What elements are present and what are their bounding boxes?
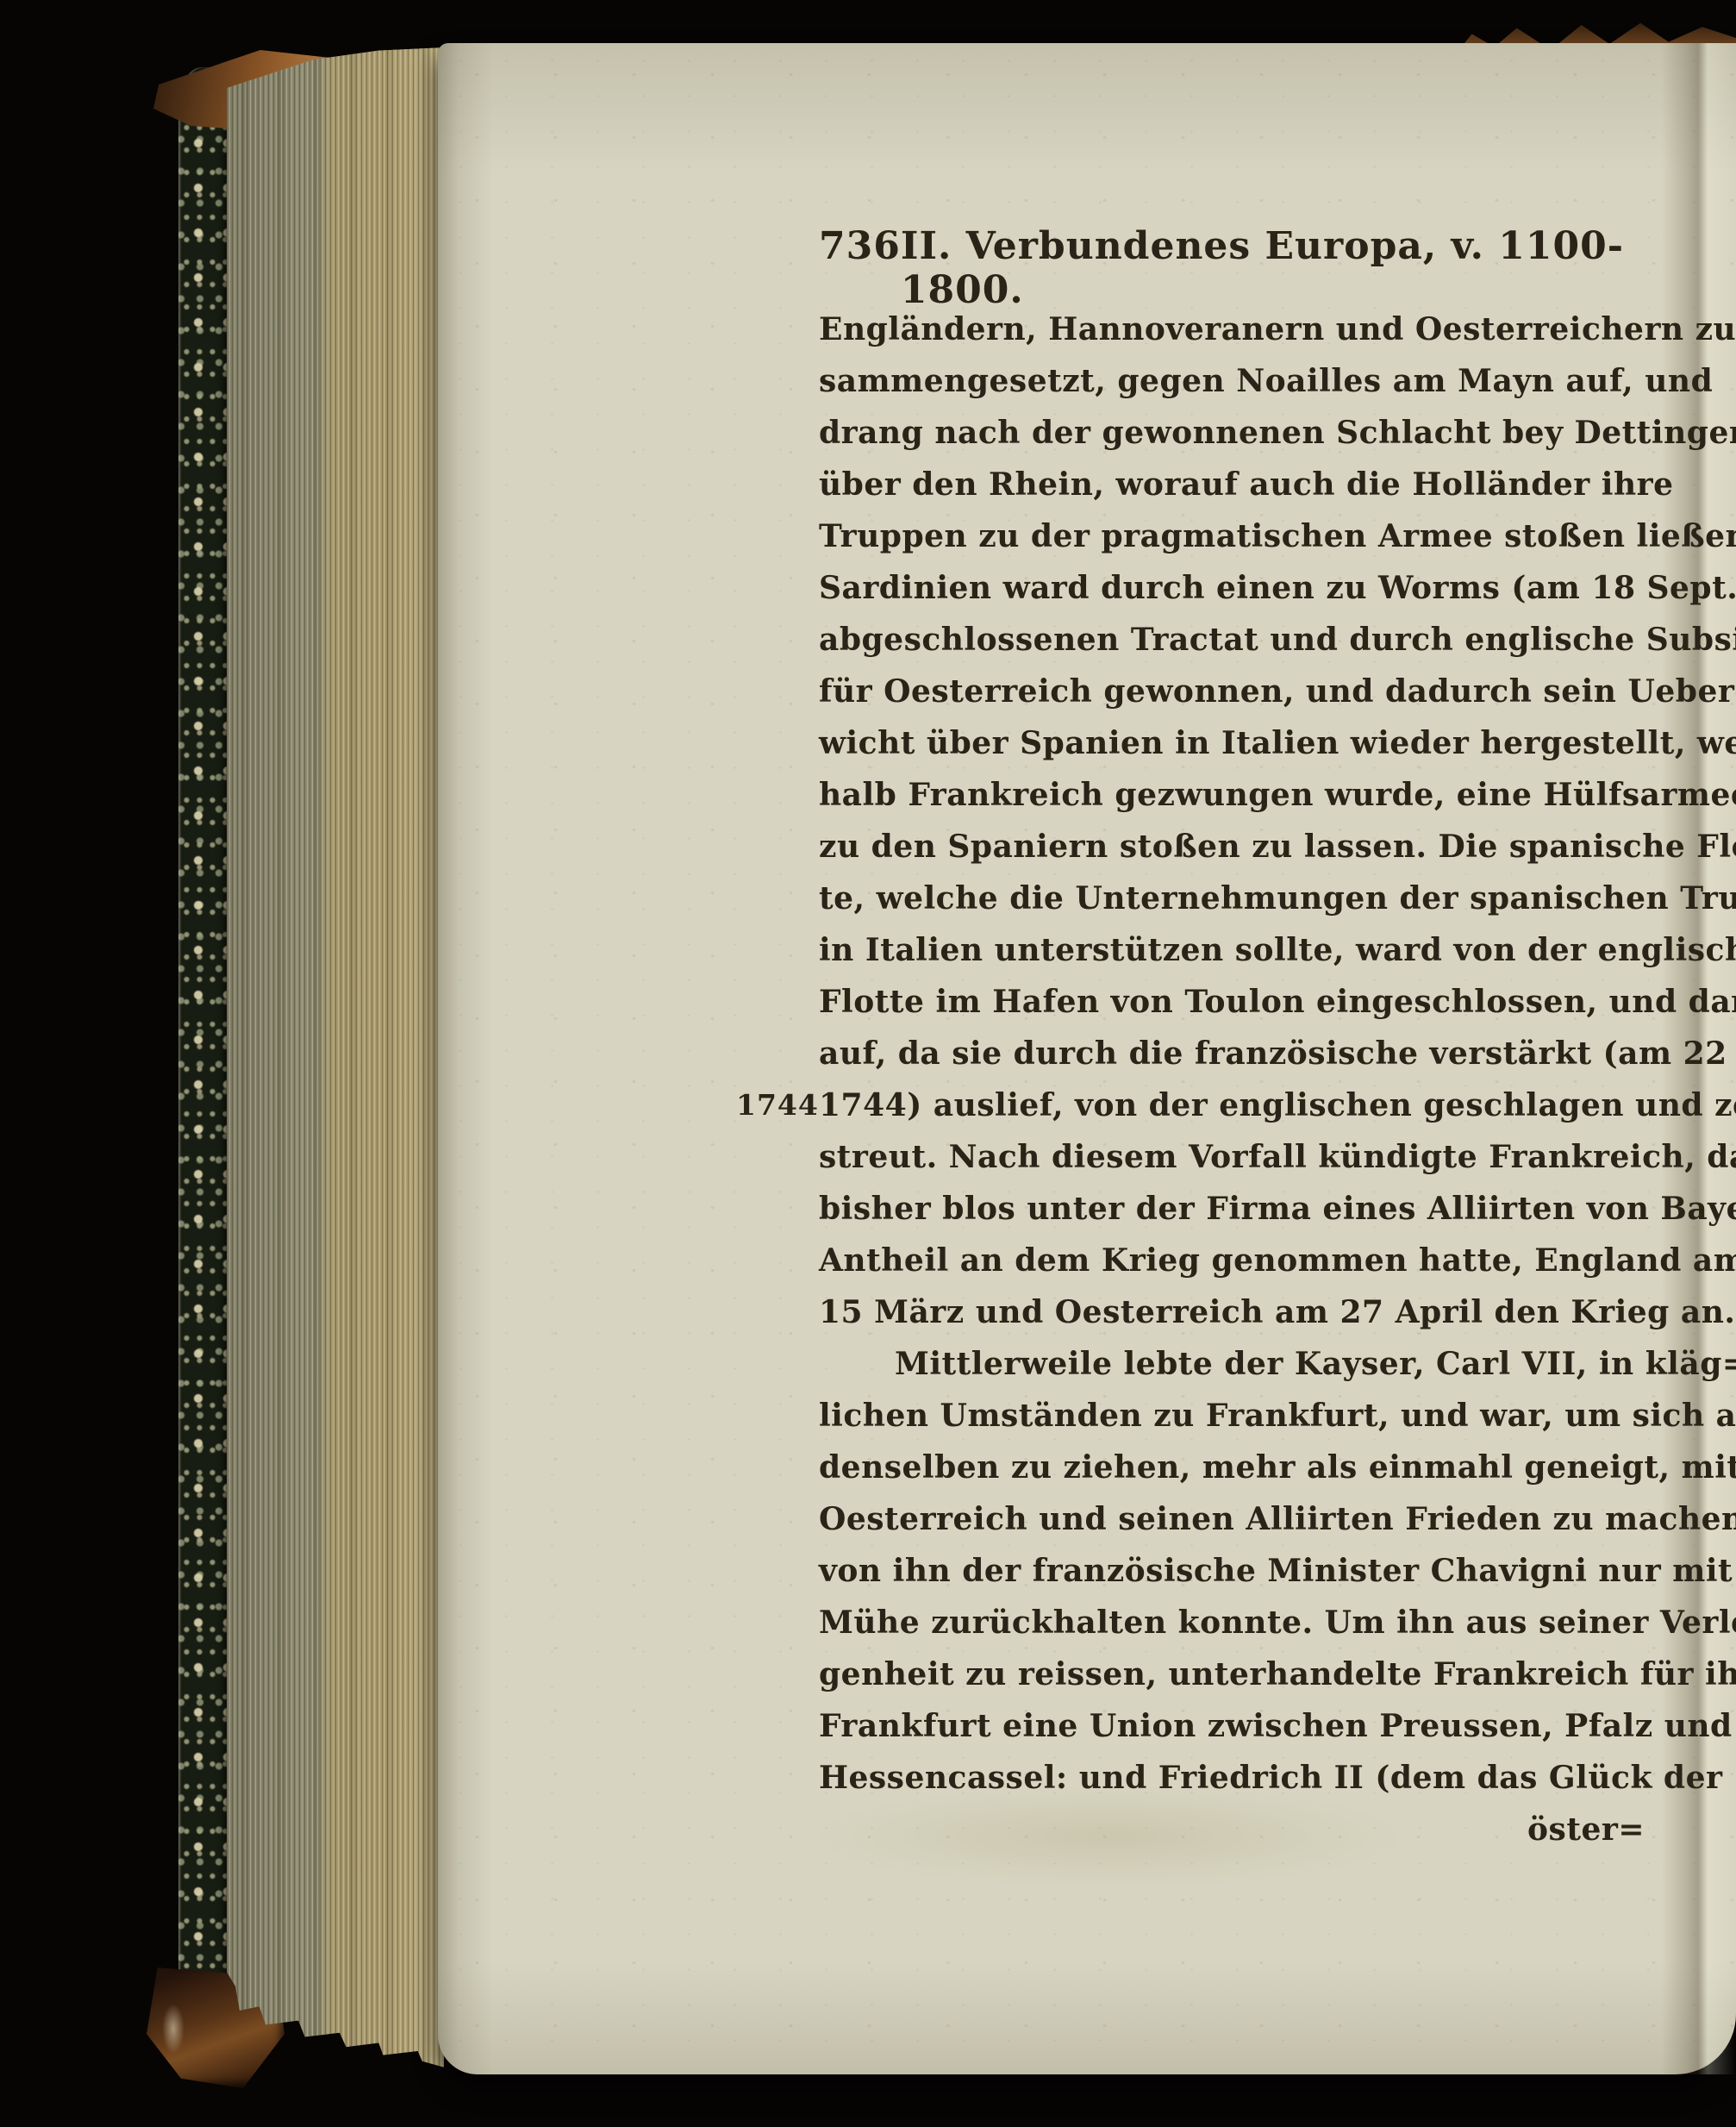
text-line-content: Flotte im Hafen von Toulon eingeschlosse… [819,984,1736,1020]
text-line-content: Sardinien ward durch einen zu Worms (am … [819,570,1736,606]
text-line: Engländern, Hannoveranern und Oesterreic… [819,303,1645,355]
text-line-content: lichen Umständen zu Frankfurt, und war, … [819,1398,1736,1434]
fanned-page-edges [227,41,444,2069]
text-line-content: Truppen zu der pragmatischen Armee stoße… [819,518,1736,554]
text-line-content: genheit zu reissen, unterhandelte Frankr… [819,1656,1736,1692]
marbled-cover-board-edge [178,67,230,2068]
text-line: abgeschlossenen Tractat und durch englis… [819,614,1645,666]
margin-year-note: 1744 [736,1079,819,1131]
text-line-content: Antheil an dem Krieg genommen hatte, Eng… [819,1242,1736,1279]
text-line-content: drang nach der gewonnenen Schlacht bey D… [819,415,1736,451]
text-line-content: Mühe zurückhalten konnte. Um ihn aus sei… [819,1605,1736,1641]
text-line: denselben zu ziehen, mehr als einmahl ge… [819,1442,1645,1493]
text-line: wicht über Spanien in Italien wieder her… [819,717,1645,769]
text-line: drang nach der gewonnenen Schlacht bey D… [819,407,1645,459]
text-line-content: Frankfurt eine Union zwischen Preussen, … [819,1708,1733,1744]
text-line: Truppen zu der pragmatischen Armee stoße… [819,510,1645,562]
text-line-content: streut. Nach diesem Vorfall kündigte Fra… [819,1139,1736,1175]
text-line: Sardinien ward durch einen zu Worms (am … [819,562,1645,614]
catchword-line: öster= [819,1804,1645,1855]
text-line-content: über den Rhein, worauf auch die Hollände… [819,466,1674,503]
text-line: auf, da sie durch die französische verst… [819,1028,1645,1079]
text-line-content: für Oesterreich gewonnen, und dadurch se… [819,673,1736,710]
text-line: streut. Nach diesem Vorfall kündigte Fra… [819,1131,1645,1183]
text-line-content: Engländern, Hannoveranern und Oesterreic… [819,311,1736,347]
text-line-content: zu den Spaniern stoßen zu lassen. Die sp… [819,829,1736,865]
text-line-content: von ihn der französische Minister Chavig… [819,1553,1733,1589]
text-line-content: auf, da sie durch die französische verst… [819,1035,1736,1072]
text-line: Mittlerweile lebte der Kayser, Carl VII,… [819,1338,1645,1390]
text-line: Frankfurt eine Union zwischen Preussen, … [819,1700,1645,1752]
text-line: Flotte im Hafen von Toulon eingeschlosse… [819,976,1645,1028]
text-line: lichen Umständen zu Frankfurt, und war, … [819,1390,1645,1442]
page-number: 736 [819,224,901,268]
text-line-content: Mittlerweile lebte der Kayser, Carl VII,… [895,1346,1736,1382]
text-line: über den Rhein, worauf auch die Hollände… [819,459,1645,510]
text-line: Hessencassel: und Friedrich II (dem das … [819,1752,1645,1804]
text-line-content: wicht über Spanien in Italien wieder her… [819,725,1736,761]
text-line-content: in Italien unterstützen sollte, ward von… [819,932,1736,968]
text-line: von ihn der französische Minister Chavig… [819,1545,1645,1597]
text-line: genheit zu reissen, unterhandelte Frankr… [819,1648,1645,1700]
text-line: in Italien unterstützen sollte, ward von… [819,924,1645,976]
text-line-content: halb Frankreich gezwungen wurde, eine Hü… [819,777,1736,813]
text-line-content: 15 März und Oesterreich am 27 April den … [819,1294,1735,1330]
text-line: Mühe zurückhalten konnte. Um ihn aus sei… [819,1597,1645,1648]
text-line: 1744) auslief, von der englischen geschl… [819,1079,1645,1131]
page-header: 736 II. Verbundenes Europa, v. 1100-1800… [819,224,1645,312]
text-line-content: Oesterreich und seinen Alliirten Frieden… [819,1501,1736,1537]
text-line: für Oesterreich gewonnen, und dadurch se… [819,666,1645,717]
text-line-content: öster= [1527,1811,1645,1848]
text-line: halb Frankreich gezwungen wurde, eine Hü… [819,769,1645,821]
book-scan-background: 736 II. Verbundenes Europa, v. 1100-1800… [0,0,1736,2127]
text-line-content: abgeschlossenen Tractat und durch englis… [819,622,1736,658]
text-line: sammengesetzt, gegen Noailles am Mayn au… [819,355,1645,407]
text-line: 15 März und Oesterreich am 27 April den … [819,1286,1645,1338]
running-title: II. Verbundenes Europa, v. 1100-1800. [901,224,1645,312]
page-text-lines: Engländern, Hannoveranern und Oesterreic… [819,303,1645,1855]
text-line-content: te, welche die Unternehmungen der spanis… [819,880,1736,916]
text-line-content: bisher blos unter der Firma eines Alliir… [819,1191,1736,1227]
text-line-content: Hessencassel: und Friedrich II (dem das … [819,1760,1722,1796]
text-line-content: 1744) auslief, von der englischen geschl… [819,1087,1736,1123]
text-line: te, welche die Unternehmungen der spanis… [819,873,1645,924]
text-line: Oesterreich und seinen Alliirten Frieden… [819,1493,1645,1545]
text-line: zu den Spaniern stoßen zu lassen. Die sp… [819,821,1645,873]
text-line: Antheil an dem Krieg genommen hatte, Eng… [819,1235,1645,1286]
text-line-content: sammengesetzt, gegen Noailles am Mayn au… [819,363,1713,399]
text-line: bisher blos unter der Firma eines Alliir… [819,1183,1645,1235]
text-line-content: denselben zu ziehen, mehr als einmahl ge… [819,1449,1736,1486]
